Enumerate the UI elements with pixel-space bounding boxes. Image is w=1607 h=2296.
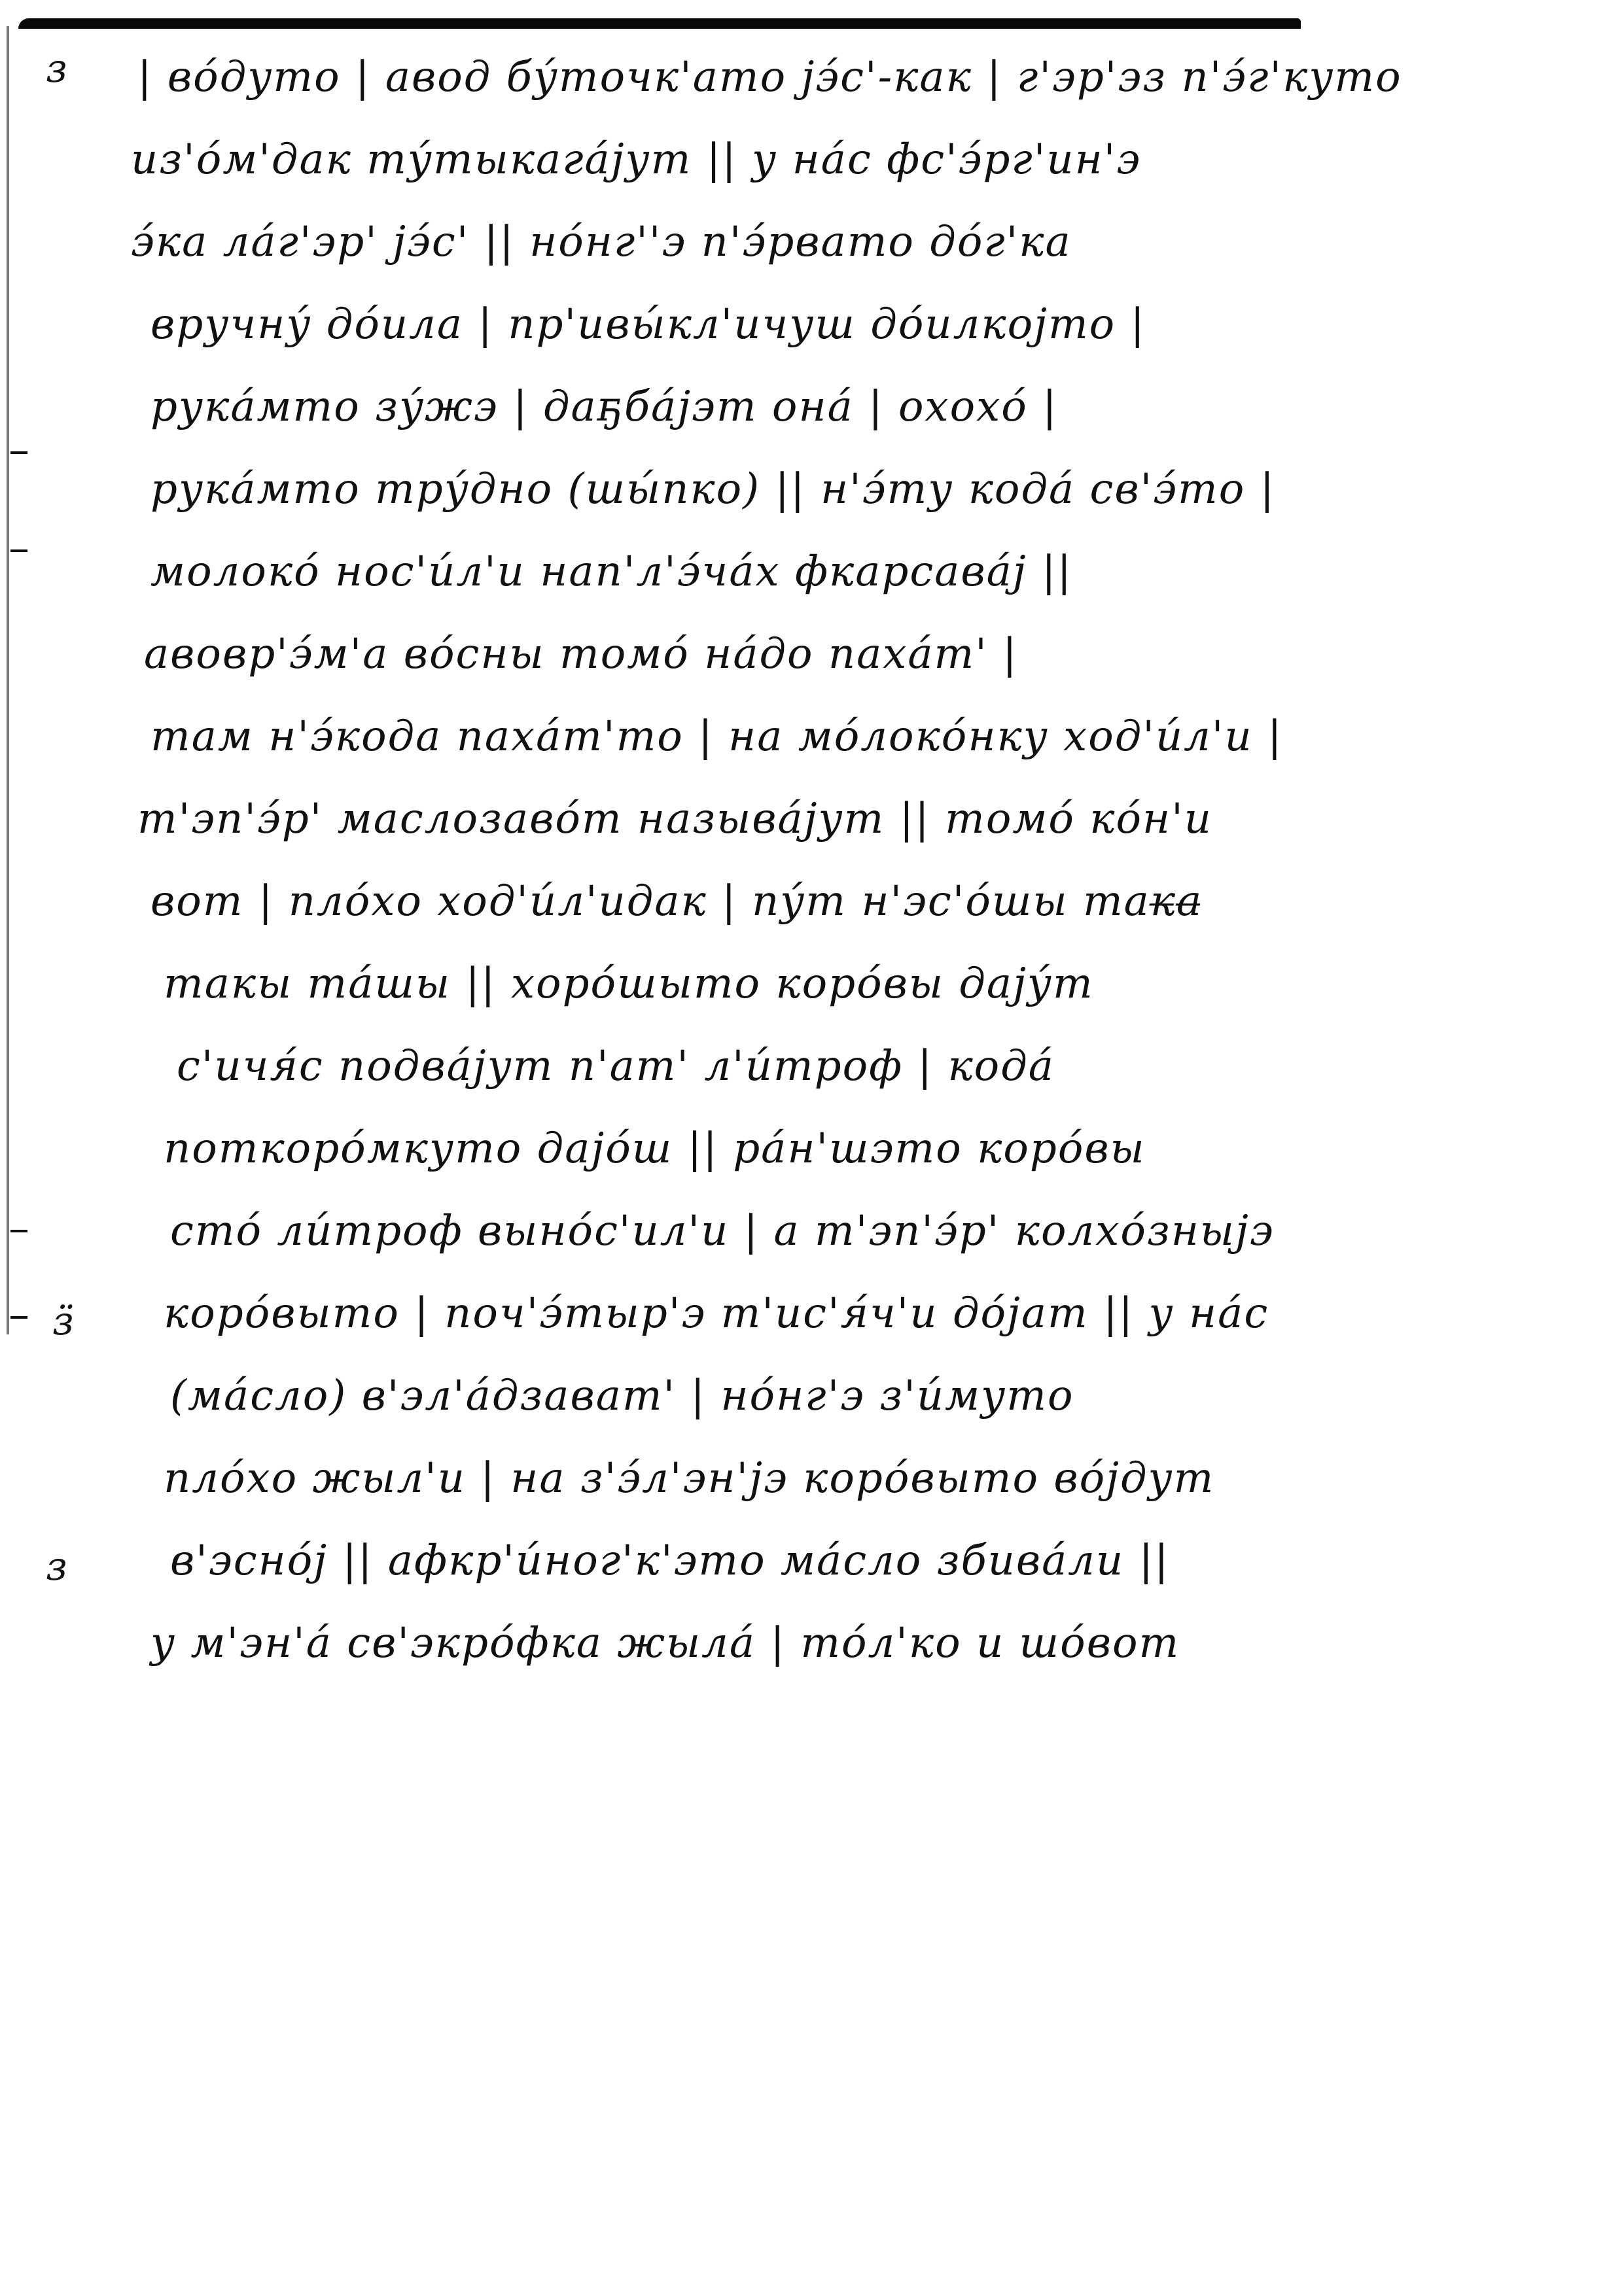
text-line-content: поткоро́мкуто даjо́ш || ра́н'шэто коро́в… — [164, 1128, 1146, 1184]
text-line: пло́хо жыл'и | на з'э́л'эн'jэ коро́выто … — [0, 1431, 1374, 1514]
text-line-content: э́ка ла́г'эр' jэ́с' || но́нг''э п'э́рват… — [131, 221, 1072, 277]
text-line: из'о́м'дак ту́тыкага́jут || у на́с фс'э́… — [0, 113, 1374, 195]
text-line-content: рука́мто тру́дно (шы́пко) || н'э́ту кода… — [150, 468, 1275, 525]
text-line: рука́мто тру́дно (шы́пко) || н'э́ту кода… — [0, 442, 1374, 525]
text-line-content: | во́дуто | авод бу́точк'ато jэ́с'-как |… — [137, 56, 1402, 113]
text-line-content: пло́хо жыл'и | на з'э́л'эн'jэ коро́выто … — [164, 1457, 1214, 1514]
top-rule-line — [18, 18, 1301, 29]
handwritten-text-block: | во́дуто | авод бу́точк'ато jэ́с'-как |… — [0, 30, 1374, 1679]
text-line-content: там н'э́кода паха́т'то | на мо́локо́нку … — [150, 716, 1283, 772]
text-line: коро́выто | поч'э́тыр'э т'ис'я́ч'и до́jа… — [0, 1266, 1374, 1349]
text-line: такы та́шы || хоро́шыто коро́вы даjу́т — [0, 937, 1374, 1019]
text-line-content: т'эп'э́р' маслозаво́т называ́jут || томо… — [137, 798, 1212, 854]
text-line: рука́мто зу́жэ | даҕба́jэт она́ | охохо́… — [0, 360, 1374, 442]
text-line: | во́дуто | авод бу́точк'ато jэ́с'-как |… — [0, 30, 1374, 113]
text-line-content: коро́выто | поч'э́тыр'э т'ис'я́ч'и до́jа… — [164, 1293, 1269, 1349]
text-line-content: авовр'э́м'а во́сны томо́ на́до паха́т' | — [144, 633, 1018, 689]
text-line: сто́ ли́троф выно́с'ил'и | а т'эп'э́р' к… — [0, 1184, 1374, 1266]
text-line-content: в'эсно́j || афкр'и́ног'к'это ма́сло збив… — [170, 1540, 1170, 1596]
text-line-content: у м'эн'а́ св'экро́фка жыла́ | то́л'ко и … — [150, 1622, 1180, 1679]
text-line-content: вручну́ до́ила | пр'ивы́кл'ичуш до́илкоj… — [150, 304, 1146, 360]
text-line-content: сто́ ли́троф выно́с'ил'и | а т'эп'э́р' к… — [170, 1210, 1275, 1266]
text-line-content: молоко́ нос'и́л'и нап'л'э́ча́х фкарсава́… — [150, 551, 1072, 607]
text-line: у м'эн'а́ св'экро́фка жыла́ | то́л'ко и … — [0, 1596, 1374, 1679]
text-line-content: такы та́шы || хоро́шыто коро́вы даjу́т — [164, 963, 1094, 1019]
text-line: авовр'э́м'а во́сны томо́ на́до паха́т' | — [0, 607, 1374, 689]
text-line-content: с'ичя́с подва́jут п'ат' л'и́троф | кода́ — [177, 1045, 1055, 1102]
text-line-content: рука́мто зу́жэ | даҕба́jэт она́ | охохо́… — [150, 386, 1058, 442]
text-line: (ма́сло) в'эл'а́дзават' | но́нг'э з'и́му… — [0, 1349, 1374, 1431]
text-line: в'эсно́j || афкр'и́ног'к'это ма́сло збив… — [0, 1514, 1374, 1596]
text-line-content: вот | пло́хо ход'и́л'идак | пу́т н'эс'о́… — [150, 880, 1203, 937]
text-line: вручну́ до́ила | пр'ивы́кл'ичуш до́илкоj… — [0, 277, 1374, 360]
text-line-content: (ма́сло) в'эл'а́дзават' | но́нг'э з'и́му… — [170, 1375, 1074, 1431]
text-line: вот | пло́хо ход'и́л'идак | пу́т н'эс'о́… — [0, 854, 1374, 937]
text-line-content: из'о́м'дак ту́тыкага́jут || у на́с фс'э́… — [131, 139, 1141, 195]
text-line: т'эп'э́р' маслозаво́т называ́jут || томо… — [0, 772, 1374, 854]
text-line: поткоро́мкуто даjо́ш || ра́н'шэто коро́в… — [0, 1102, 1374, 1184]
text-line: э́ка ла́г'эр' jэ́с' || но́нг''э п'э́рват… — [0, 195, 1374, 277]
text-line: молоко́ нос'и́л'и нап'л'э́ча́х фкарсава́… — [0, 525, 1374, 607]
text-line: с'ичя́с подва́jут п'ат' л'и́троф | кода́ — [0, 1019, 1374, 1102]
manuscript-page: з ӟ з | во́дуто | авод бу́точк'ато jэ́с'… — [0, 0, 1607, 2296]
text-line: там н'э́кода паха́т'то | на мо́локо́нку … — [0, 689, 1374, 772]
